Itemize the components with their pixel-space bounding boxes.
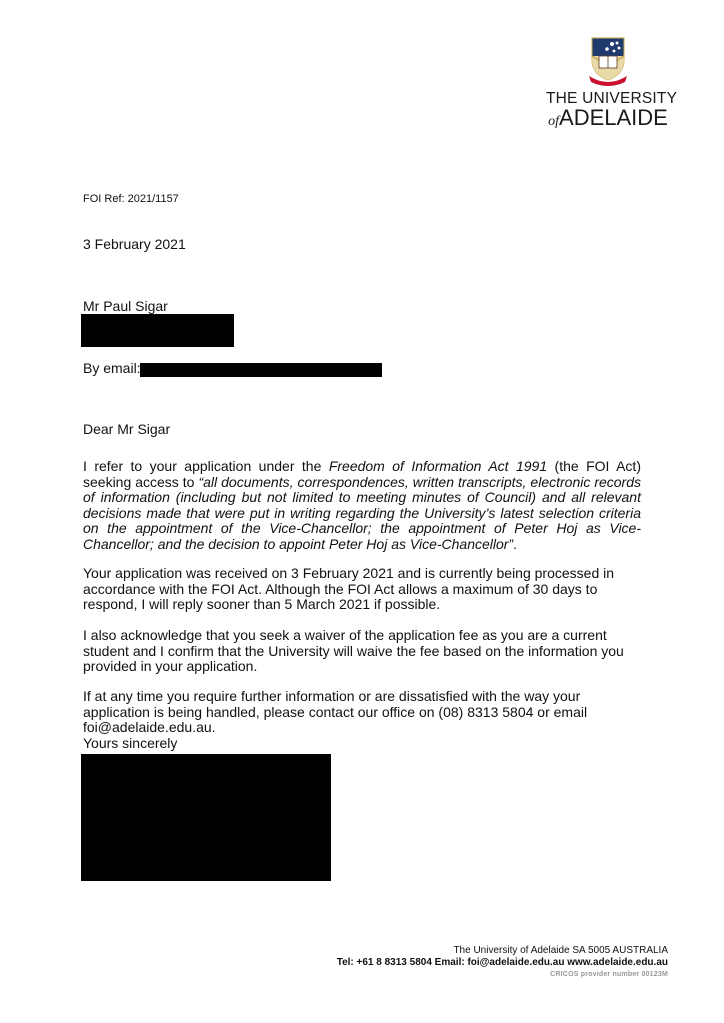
email-label: By email:	[83, 360, 141, 376]
university-adelaide: ADELAIDE	[559, 105, 668, 130]
letter-date: 3 February 2021	[83, 236, 186, 252]
footer-contact: Tel: +61 8 8313 5804 Email: foi@adelaide…	[337, 957, 668, 969]
closing: Yours sincerely	[83, 735, 177, 751]
paragraph-contact: If at any time you require further infor…	[83, 689, 641, 736]
paragraph-fee-waiver: I also acknowledge that you seek a waive…	[83, 628, 641, 675]
redacted-address	[81, 314, 234, 347]
footer: The University of Adelaide SA 5005 AUSTR…	[337, 945, 668, 980]
recipient-name: Mr Paul Sigar	[83, 298, 168, 314]
redacted-email	[140, 363, 382, 377]
p1-intro: I refer to your application under the	[83, 458, 329, 474]
salutation: Dear Mr Sigar	[83, 421, 170, 437]
university-crest-icon	[588, 36, 628, 86]
footer-address: The University of Adelaide SA 5005 AUSTR…	[337, 945, 668, 957]
redacted-signature	[81, 754, 331, 881]
p1-end: .	[513, 536, 517, 552]
paragraph-application: I refer to your application under the Fr…	[83, 459, 641, 552]
university-logo: THE UNIVERSITY ofADELAIDE	[544, 36, 672, 132]
university-of: of	[548, 114, 559, 129]
paragraph-received: Your application was received on 3 Febru…	[83, 566, 641, 613]
footer-cricos: CRICOS provider number 00123M	[337, 969, 668, 980]
university-name-line2: ofADELAIDE	[546, 106, 670, 134]
act-name: Freedom of Information Act 1991	[329, 458, 547, 474]
foi-reference: FOI Ref: 2021/1157	[83, 193, 179, 205]
